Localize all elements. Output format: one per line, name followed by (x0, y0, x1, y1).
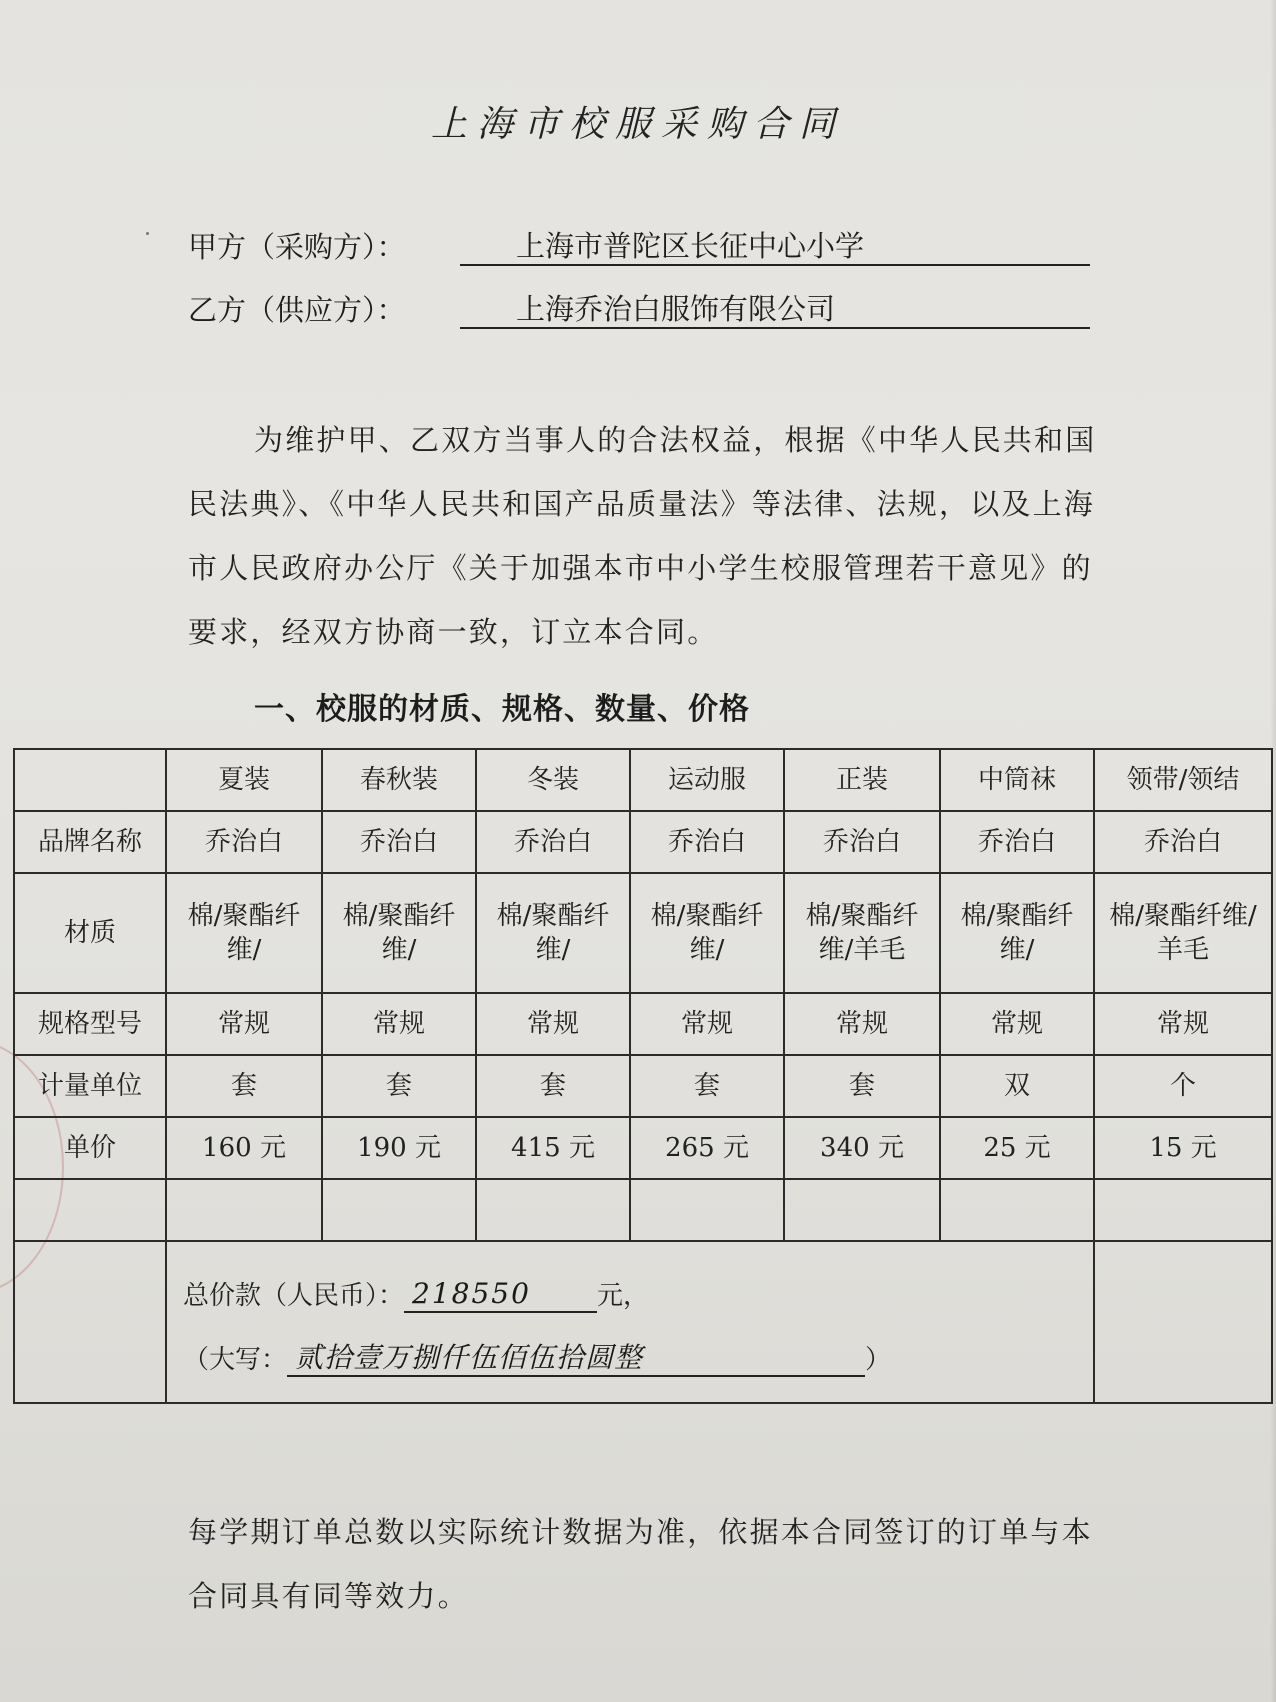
total-label: 总价款（人民币）： (183, 1279, 404, 1313)
table-cell: 个 (1094, 1055, 1272, 1117)
closing-paragraph: 每学期订单总数以实际统计数据为准，依据本合同签订的订单与本合同具有同等效力。 (188, 1500, 1098, 1628)
table-cell: 160 元 (166, 1117, 322, 1179)
total-words-handwritten: 贰拾壹万捌仟伍佰伍拾圆整 (287, 1341, 865, 1377)
table-row-price: 单价 160 元 190 元 415 元 265 元 340 元 25 元 15… (14, 1117, 1272, 1179)
table-row-total: 总价款（人民币）： 218550 元， （大写： 贰拾壹万捌仟伍佰伍拾圆整 ） (14, 1241, 1272, 1403)
party-a-value: 上海市普陀区长征中心小学 (460, 228, 1090, 266)
table-cell-empty (940, 1179, 1094, 1241)
table-cell: 25 元 (940, 1117, 1094, 1179)
table-cell: 340 元 (784, 1117, 940, 1179)
row-label: 材质 (14, 873, 166, 993)
table-cell: 乔治白 (630, 811, 784, 873)
table-cell-empty (14, 1179, 166, 1241)
table-cell-empty (630, 1179, 784, 1241)
total-amount-line: 总价款（人民币）： 218550 元， (183, 1277, 1089, 1313)
table-cell: 常规 (322, 993, 476, 1055)
table-cell: 常规 (940, 993, 1094, 1055)
table-cell: 棉/聚酯纤维/ (476, 873, 630, 993)
row-label: 计量单位 (14, 1055, 166, 1117)
table-cell: 乔治白 (166, 811, 322, 873)
table-cell-empty (1094, 1241, 1272, 1403)
currency-suffix: 元， (597, 1279, 649, 1313)
table-cell: 乔治白 (1094, 811, 1272, 873)
header-cell-spring-autumn: 春秋装 (322, 749, 476, 811)
row-label: 规格型号 (14, 993, 166, 1055)
intro-paragraph: 为维护甲、乙双方当事人的合法权益，根据《中华人民共和国民法典》、《中华人民共和国… (188, 408, 1098, 664)
table-cell: 265 元 (630, 1117, 784, 1179)
table-cell: 乔治白 (322, 811, 476, 873)
table-cell: 套 (476, 1055, 630, 1117)
table-cell: 190 元 (322, 1117, 476, 1179)
table-cell: 套 (784, 1055, 940, 1117)
uniform-spec-table: 夏装 春秋装 冬装 运动服 正装 中筒袜 领带/领结 品牌名称 乔治白 乔治白 … (13, 748, 1273, 1404)
table-row-spec: 规格型号 常规 常规 常规 常规 常规 常规 常规 (14, 993, 1272, 1055)
table-cell: 棉/聚酯纤维/ (322, 873, 476, 993)
table-cell: 双 (940, 1055, 1094, 1117)
row-label: 品牌名称 (14, 811, 166, 873)
total-price-cell: 总价款（人民币）： 218550 元， （大写： 贰拾壹万捌仟伍佰伍拾圆整 ） (166, 1241, 1094, 1403)
table-cell: 15 元 (1094, 1117, 1272, 1179)
table-row-material: 材质 棉/聚酯纤维/ 棉/聚酯纤维/ 棉/聚酯纤维/ 棉/聚酯纤维/ 棉/聚酯纤… (14, 873, 1272, 993)
table-header-row: 夏装 春秋装 冬装 运动服 正装 中筒袜 领带/领结 (14, 749, 1272, 811)
row-label: 单价 (14, 1117, 166, 1179)
table-cell: 乔治白 (476, 811, 630, 873)
table-cell: 棉/聚酯纤维/羊毛 (784, 873, 940, 993)
table-cell: 棉/聚酯纤维/羊毛 (1094, 873, 1272, 993)
party-b-row: 乙方（供应方）： 上海乔治白服饰有限公司 (188, 288, 1090, 329)
table-cell: 常规 (1094, 993, 1272, 1055)
document-title: 上海市校服采购合同 (0, 96, 1276, 147)
contract-page: 上海市校服采购合同 甲方（采购方）： 上海市普陀区长征中心小学 乙方（供应方）：… (0, 0, 1276, 1702)
table-cell-empty (1094, 1179, 1272, 1241)
words-close: ） (865, 1343, 891, 1377)
table-cell-empty (166, 1179, 322, 1241)
table-cell: 套 (166, 1055, 322, 1117)
table-row-unit: 计量单位 套 套 套 套 套 双 个 (14, 1055, 1272, 1117)
table-cell-empty (14, 1241, 166, 1403)
party-b-label: 乙方（供应方）： (188, 288, 460, 329)
table-row-brand: 品牌名称 乔治白 乔治白 乔治白 乔治白 乔治白 乔治白 乔治白 (14, 811, 1272, 873)
total-words-line: （大写： 贰拾壹万捌仟伍佰伍拾圆整 ） (183, 1341, 1089, 1377)
total-amount-handwritten: 218550 (404, 1277, 597, 1313)
party-a-row: 甲方（采购方）： 上海市普陀区长征中心小学 (188, 225, 1090, 266)
table-cell: 套 (322, 1055, 476, 1117)
table-cell: 乔治白 (940, 811, 1094, 873)
table-cell: 乔治白 (784, 811, 940, 873)
header-cell-tie: 领带/领结 (1094, 749, 1272, 811)
table-cell: 常规 (784, 993, 940, 1055)
header-cell-socks: 中筒袜 (940, 749, 1094, 811)
table-cell: 常规 (166, 993, 322, 1055)
table-row-blank (14, 1179, 1272, 1241)
table-cell-empty (784, 1179, 940, 1241)
page-edge-shadow (1270, 0, 1276, 1702)
table-cell: 415 元 (476, 1117, 630, 1179)
table-cell: 常规 (630, 993, 784, 1055)
table-cell: 棉/聚酯纤维/ (940, 873, 1094, 993)
header-cell-sportswear: 运动服 (630, 749, 784, 811)
table-cell: 棉/聚酯纤维/ (166, 873, 322, 993)
words-label: （大写： (183, 1343, 287, 1377)
header-cell-summer: 夏装 (166, 749, 322, 811)
party-b-value: 上海乔治白服饰有限公司 (460, 291, 1090, 329)
section-1-heading: 一、校服的材质、规格、数量、价格 (254, 684, 750, 728)
party-a-label: 甲方（采购方）： (188, 225, 460, 266)
header-cell-winter: 冬装 (476, 749, 630, 811)
header-cell-formal: 正装 (784, 749, 940, 811)
header-cell-empty (14, 749, 166, 811)
table-cell: 套 (630, 1055, 784, 1117)
margin-mark (146, 232, 149, 235)
table-cell: 常规 (476, 993, 630, 1055)
table-cell-empty (476, 1179, 630, 1241)
table-cell: 棉/聚酯纤维/ (630, 873, 784, 993)
table-cell-empty (322, 1179, 476, 1241)
